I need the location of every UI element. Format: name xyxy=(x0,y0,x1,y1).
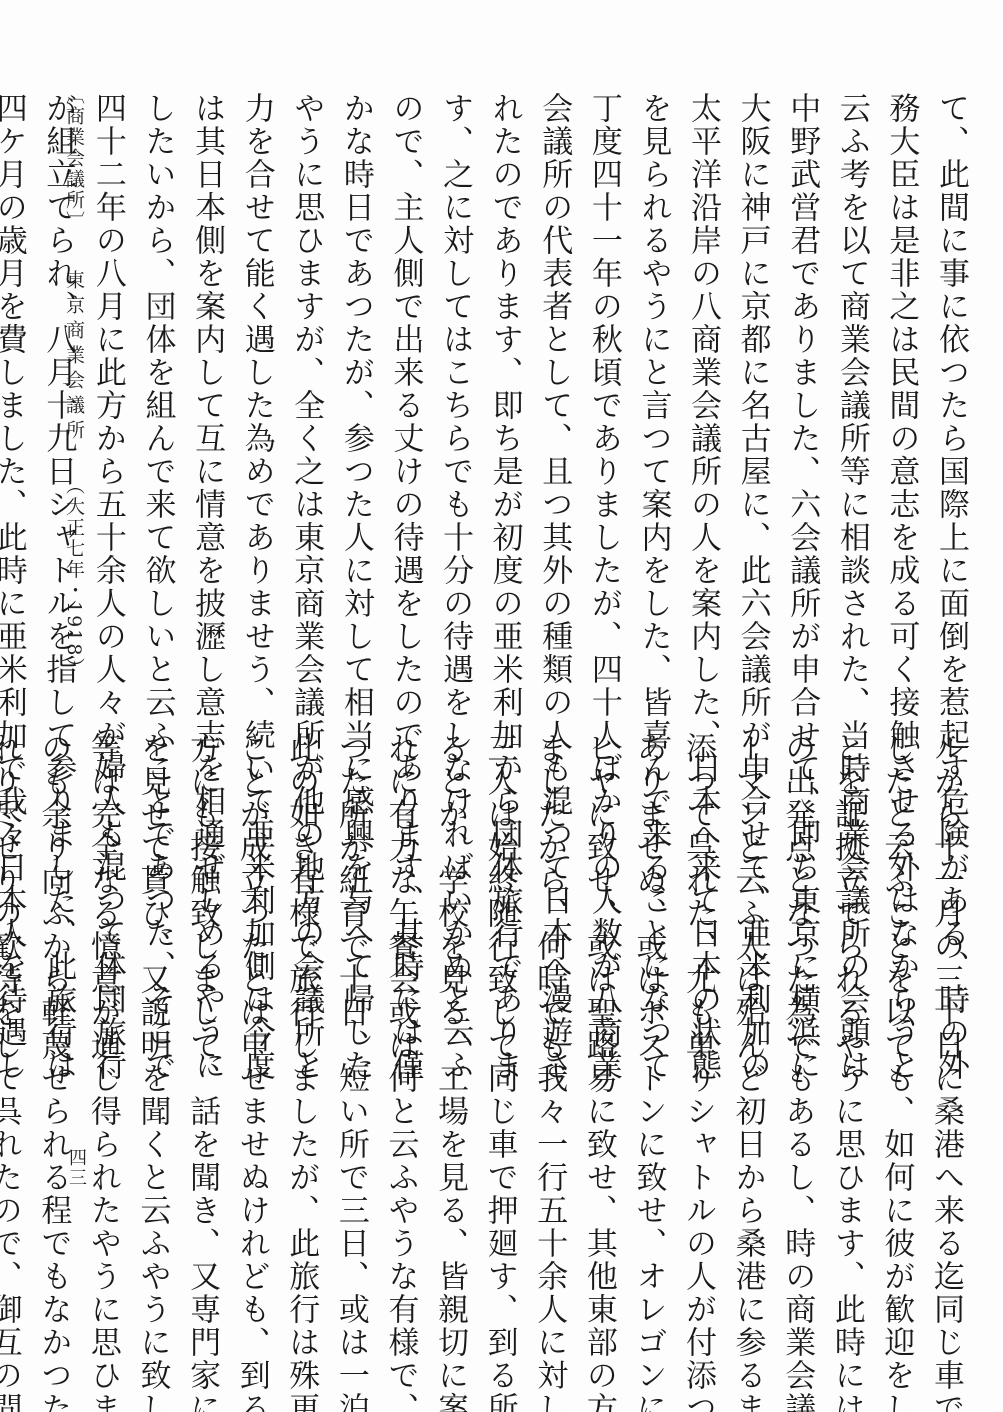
text-column: 此の如き有様で旅行しましたが、此旅行は殊更に取立つて斯う云ふ xyxy=(276,732,326,1342)
text-column: れに有力な午餐会或は何と云ふやうな有様で、先づ一所に長く留ま xyxy=(375,732,425,1342)
text-column: の出発点となつた為でもあるし、時の商業会議所の会頭であつたロ xyxy=(772,732,822,1342)
upper-text-block: て、此間に事に依つたら国際上に面倒を惹起す危険がある、時の外 務大臣は是非之は民… xyxy=(0,92,975,702)
text-column: 四ケ月の歳月を費しました、此時に亜米利加で我々日本人を待遇し xyxy=(0,92,33,702)
text-column: やうに思ひますが、全く之は東京商業会議所が他の地方の会議所と xyxy=(281,92,331,702)
text-column: つた所が紐育で十日、短い所で三日、或は一泊の所もありました、 xyxy=(325,732,375,1342)
text-column: 大阪に神戸に京都に名古屋に、此六会議所が申合せて、亜米利加の xyxy=(727,92,777,702)
text-column: は其日本側を案内して互に情意を披瀝し意志を相通ぜしめるやうに xyxy=(182,92,232,702)
text-column: 三人は始終随行致して同じ車で押廻す、到る所に於て市役所を見せ xyxy=(474,732,524,1342)
text-column: したいから、団体を組んで来て欲しいと云ふことであつた、そこで xyxy=(132,92,182,702)
text-column: るとか、学校を見る、工場を見る、皆親切に案内をして呉れる、夫 xyxy=(424,732,474,1342)
text-column: 丁度四十一年の秋頃でありましたが、四十人ばかりの人数が八商業 xyxy=(578,92,628,702)
text-column: 太平洋沿岸の八商業会議所の人を案内した、日本へ来て日本の状態 xyxy=(677,92,727,702)
text-column: 云ふ考を以て商業会議所等に相談された、当時商業会議所の会頭は xyxy=(826,92,876,702)
text-column: 中野武営君でありました、六会議所が申合せて、即ち東京に横浜に xyxy=(777,92,827,702)
text-column: 方にも接触致しまして、話を聞き、又専門家に就きまして夫々の品 xyxy=(177,732,227,1342)
text-column: を見せて貰ひ、又説明を聞くと云ふやうに致しましたから、先づ是 xyxy=(127,732,177,1342)
text-column: 等は完全なる憶意が通じ得られたやうに思ひます、而して此方のも xyxy=(77,732,127,1342)
text-column: れり尽せりの歓待をして呉れたので、御互の間に円満なる旅行を終 xyxy=(0,732,28,1342)
text-column: ので、主人側で出来る丈けの待遇をしたのであります、其時には僅 xyxy=(380,92,430,702)
text-column: 四十二年の八月に此方から五十余人の人々が婦人も混つて体団旅行 xyxy=(82,92,132,702)
text-column: 力を合せて能く遇した為めでありませう、続いて亜米利加側は今度 xyxy=(231,92,281,702)
text-column: を見られるやうにと言つて案内をした、皆喜んで来ることになつて xyxy=(628,92,678,702)
text-column: 務大臣は是非之は民間の意志を成る可く接触させる外はなからうと xyxy=(876,92,926,702)
text-column: とを証拠立てられるやうに思ひます、此時にはシャトルが先づ一番 xyxy=(821,732,871,1342)
text-column: れたのであります、即ち是が初度の亜米利加から団体旅行でありま xyxy=(479,92,529,702)
text-column: が組立てられ、八月十九日シャトルを指して参りました、此旅行は xyxy=(33,92,83,702)
text-column: ことが成立つたとは申せませぬけれども、到る所の商工業の団体の xyxy=(226,732,276,1342)
text-column: 添つて呉れた、尤も単りシャトルの人が付添つて呉れたばかりでは xyxy=(672,732,722,1342)
text-column: したと云ふことを以ても、如何に彼が歓迎をして呉れたかと云ふこ xyxy=(871,732,921,1342)
text-column: 会議所の代表者として、且つ其外の種類の人も混つて日本へ漫遊さ xyxy=(529,92,579,702)
text-column: ありませぬ、或はボストンに致せ、オレゴンに致せ、フヒラデルフ xyxy=(623,732,673,1342)
text-column: て、此間に事に依つたら国際上に面倒を惹起す危険がある、時の外 xyxy=(925,92,975,702)
text-column: ーマンと云ふ人は殆んど初日から桑港に参るまでズット私共には付 xyxy=(722,732,772,1342)
document-page: 〔商業会議所〕 東京商業会議所 （大正七年・1918） 四三 て、此間に事に依つ… xyxy=(0,0,1003,1412)
text-column: かな時日であつたが、参つた人に対して相当に感興を与へて帰した xyxy=(330,92,380,702)
text-column: ルから十一月の三十日に桑港へ来る迄同じ車で以て亜米利加を押廻 xyxy=(920,732,970,1342)
text-column: す、之に対してはこちらでも十分の待遇をしなければいかぬと云ふ xyxy=(429,92,479,702)
text-column: ましたから、何時でも我々一行五十余人に対して少なくとも十二・ xyxy=(524,732,574,1342)
text-column: のも余り向ふから軽蔑せられる程でもなかつた、又向ふでは実に至 xyxy=(28,732,78,1342)
lower-text-block: ルから十一月の三十日に桑港へ来る迄同じ車で以て亜米利加を押廻 したと云ふことを以… xyxy=(0,732,970,1342)
text-column: ヒヤに致せ、或は聖路易に致せ、其他東部の方からも段々人が付き xyxy=(573,732,623,1342)
